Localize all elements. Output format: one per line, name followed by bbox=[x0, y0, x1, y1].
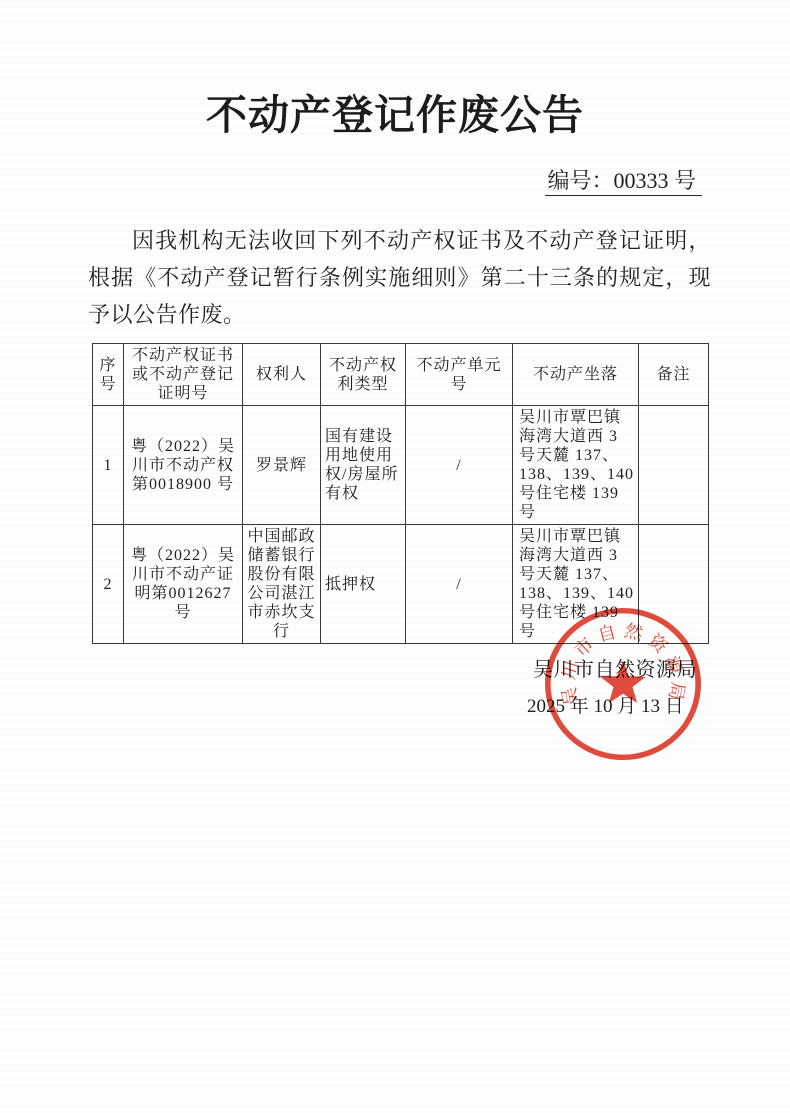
cell-unit-no: / bbox=[406, 406, 513, 525]
table-header-row: 序号 不动产权证书或不动产登记证明号 权利人 不动产权利类型 不动产单元号 不动… bbox=[93, 344, 709, 406]
cell-seq: 2 bbox=[93, 525, 124, 644]
doc-number: 编号：00333 号 bbox=[0, 164, 790, 195]
cell-cert-no: 粤（2022）吴川市不动产证明第0012627 号 bbox=[124, 525, 243, 644]
col-header-cert-no: 不动产权证书或不动产登记证明号 bbox=[124, 344, 243, 406]
cell-right-type: 抵押权 bbox=[321, 525, 406, 644]
col-header-location: 不动产坐落 bbox=[513, 344, 639, 406]
cell-holder: 罗景辉 bbox=[243, 406, 321, 525]
cell-remark bbox=[639, 406, 709, 525]
col-header-unit-no: 不动产单元号 bbox=[406, 344, 513, 406]
doc-number-value: 编号：00333 号 bbox=[545, 168, 702, 196]
cancellation-table: 序号 不动产权证书或不动产登记证明号 权利人 不动产权利类型 不动产单元号 不动… bbox=[92, 343, 709, 644]
col-header-right-type: 不动产权利类型 bbox=[321, 344, 406, 406]
star-icon bbox=[600, 661, 646, 703]
col-header-seq: 序号 bbox=[93, 344, 124, 406]
cell-seq: 1 bbox=[93, 406, 124, 525]
cell-location: 吴川市覃巴镇海湾大道西 3 号天麓 137、138、139、140 号住宅楼 1… bbox=[513, 406, 639, 525]
cell-holder: 中国邮政储蓄银行股份有限公司湛江市赤坎支行 bbox=[243, 525, 321, 644]
col-header-remark: 备注 bbox=[639, 344, 709, 406]
page-title: 不动产登记作废公告 bbox=[0, 82, 790, 141]
cell-cert-no: 粤（2022）吴川市不动产权第0018900 号 bbox=[124, 406, 243, 525]
col-header-holder: 权利人 bbox=[243, 344, 321, 406]
cell-unit-no: / bbox=[406, 525, 513, 644]
body-paragraph: 因我机构无法收回下列不动产权证书及不动产登记证明，根据《不动产登记暂行条例实施细… bbox=[88, 222, 711, 333]
official-seal-stamp: 吴川市自然资源局 bbox=[543, 606, 703, 762]
cell-right-type: 国有建设用地使用权/房屋所有权 bbox=[321, 406, 406, 525]
table-row: 1 粤（2022）吴川市不动产权第0018900 号 罗景辉 国有建设用地使用权… bbox=[93, 406, 709, 525]
